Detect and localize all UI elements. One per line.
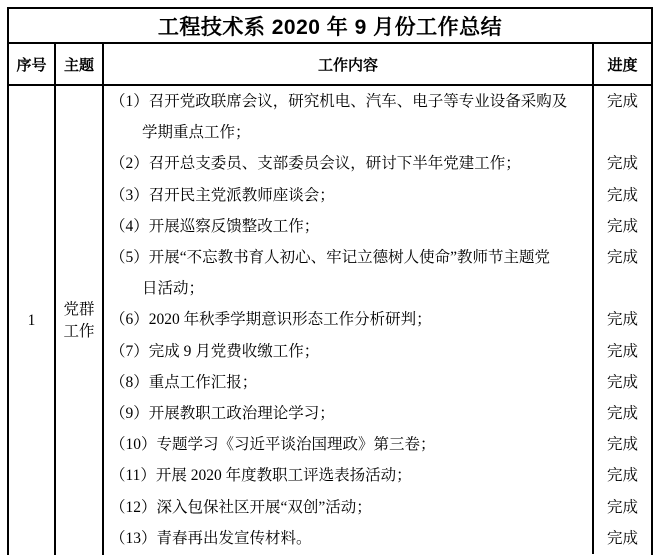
- progress-status: 完成: [594, 460, 651, 491]
- progress-status: 完成: [594, 523, 651, 554]
- progress-status: 完成: [594, 211, 651, 242]
- progress-status: 完成: [594, 242, 651, 304]
- work-item-content: （2）召开总支委员、支部委员会议，研讨下半年党建工作；: [104, 148, 594, 179]
- work-item-row: （3）召开民主党派教师座谈会；完成: [104, 180, 651, 211]
- work-item-row: （5）开展“不忘教书育人初心、牢记立德树人使命”教师节主题党日活动；完成: [104, 242, 651, 304]
- seq-value: 1: [28, 312, 36, 330]
- work-item-text: （11）开展 2020 年度教职工评选表扬活动；: [110, 460, 590, 491]
- work-item-content: （7）完成 9 月党费收缴工作；: [104, 336, 594, 367]
- seq-cell: 1: [9, 86, 56, 555]
- work-item-text: （6）2020 年秋季学期意识形态工作分析研判；: [110, 304, 590, 335]
- work-item-row: （4）开展巡察反馈整改工作；完成: [104, 211, 651, 242]
- work-summary-table: 工程技术系 2020 年 9 月份工作总结 序号 主题 工作内容 进度 1 党群…: [7, 7, 653, 555]
- work-item-content: （5）开展“不忘教书育人初心、牢记立德树人使命”教师节主题党日活动；: [104, 242, 594, 304]
- progress-status: 完成: [594, 86, 651, 148]
- topic-text: 党群 工作: [63, 299, 94, 343]
- work-item-row: （6）2020 年秋季学期意识形态工作分析研判；完成: [104, 304, 651, 335]
- progress-status: 完成: [594, 429, 651, 460]
- work-item-row: （10）专题学习《习近平谈治国理政》第三卷；完成: [104, 429, 651, 460]
- progress-status: 完成: [594, 180, 651, 211]
- work-items: （1）召开党政联席会议，研究机电、汽车、电子等专业设备采购及学期重点工作；完成（…: [104, 86, 651, 555]
- work-item-continuation-line: 学期重点工作；: [110, 117, 590, 148]
- header-progress: 进度: [594, 44, 651, 84]
- work-item-row: （2）召开总支委员、支部委员会议，研讨下半年党建工作；完成: [104, 148, 651, 179]
- table-title: 工程技术系 2020 年 9 月份工作总结: [9, 9, 651, 44]
- progress-status: 完成: [594, 148, 651, 179]
- work-item-row: （9）开展教职工政治理论学习；完成: [104, 398, 651, 429]
- work-item-text: （3）召开民主党派教师座谈会；: [110, 180, 590, 211]
- work-item-text: （4）开展巡察反馈整改工作；: [110, 211, 590, 242]
- work-item-content: （12）深入包保社区开展“双创”活动；: [104, 492, 594, 523]
- work-item-content: （4）开展巡察反馈整改工作；: [104, 211, 594, 242]
- work-item-row: （13）青春再出发宣传材料。完成: [104, 523, 651, 554]
- table-body-row: 1 党群 工作 （1）召开党政联席会议，研究机电、汽车、电子等专业设备采购及学期…: [9, 86, 651, 555]
- topic-line: 工作: [63, 321, 94, 343]
- work-item-content: （11）开展 2020 年度教职工评选表扬活动；: [104, 460, 594, 491]
- work-item-text: （10）专题学习《习近平谈治国理政》第三卷；: [110, 429, 590, 460]
- work-item-content: （6）2020 年秋季学期意识形态工作分析研判；: [104, 304, 594, 335]
- work-item-content: （10）专题学习《习近平谈治国理政》第三卷；: [104, 429, 594, 460]
- progress-status: 完成: [594, 492, 651, 523]
- work-item-text: （1）召开党政联席会议，研究机电、汽车、电子等专业设备采购及: [110, 86, 590, 117]
- topic-line: 党群: [63, 299, 94, 321]
- work-item-row: （11）开展 2020 年度教职工评选表扬活动；完成: [104, 460, 651, 491]
- work-item-content: （13）青春再出发宣传材料。: [104, 523, 594, 554]
- table-header-row: 序号 主题 工作内容 进度: [9, 44, 651, 86]
- header-topic: 主题: [56, 44, 104, 84]
- work-item-text: （12）深入包保社区开展“双创”活动；: [110, 492, 590, 523]
- progress-status: 完成: [594, 336, 651, 367]
- topic-cell: 党群 工作: [56, 86, 104, 555]
- work-item-row: （1）召开党政联席会议，研究机电、汽车、电子等专业设备采购及学期重点工作；完成: [104, 86, 651, 148]
- work-item-row: （7）完成 9 月党费收缴工作；完成: [104, 336, 651, 367]
- work-item-text: （2）召开总支委员、支部委员会议，研讨下半年党建工作；: [110, 148, 590, 179]
- work-item-content: （9）开展教职工政治理论学习；: [104, 398, 594, 429]
- progress-status: 完成: [594, 367, 651, 398]
- work-item-text: （9）开展教职工政治理论学习；: [110, 398, 590, 429]
- work-item-continuation-line: 日活动；: [110, 273, 590, 304]
- work-item-content: （3）召开民主党派教师座谈会；: [104, 180, 594, 211]
- work-item-content: （8）重点工作汇报；: [104, 367, 594, 398]
- work-item-text: （5）开展“不忘教书育人初心、牢记立德树人使命”教师节主题党: [110, 242, 590, 273]
- progress-status: 完成: [594, 304, 651, 335]
- work-item-text: （13）青春再出发宣传材料。: [110, 523, 590, 554]
- work-item-row: （8）重点工作汇报；完成: [104, 367, 651, 398]
- work-item-text: （8）重点工作汇报；: [110, 367, 590, 398]
- work-item-row: （12）深入包保社区开展“双创”活动；完成: [104, 492, 651, 523]
- document-page: 工程技术系 2020 年 9 月份工作总结 序号 主题 工作内容 进度 1 党群…: [0, 0, 656, 555]
- header-seq: 序号: [9, 44, 56, 84]
- work-item-text: （7）完成 9 月党费收缴工作；: [110, 336, 590, 367]
- progress-status: 完成: [594, 398, 651, 429]
- work-item-content: （1）召开党政联席会议，研究机电、汽车、电子等专业设备采购及学期重点工作；: [104, 86, 594, 148]
- header-content: 工作内容: [104, 44, 594, 84]
